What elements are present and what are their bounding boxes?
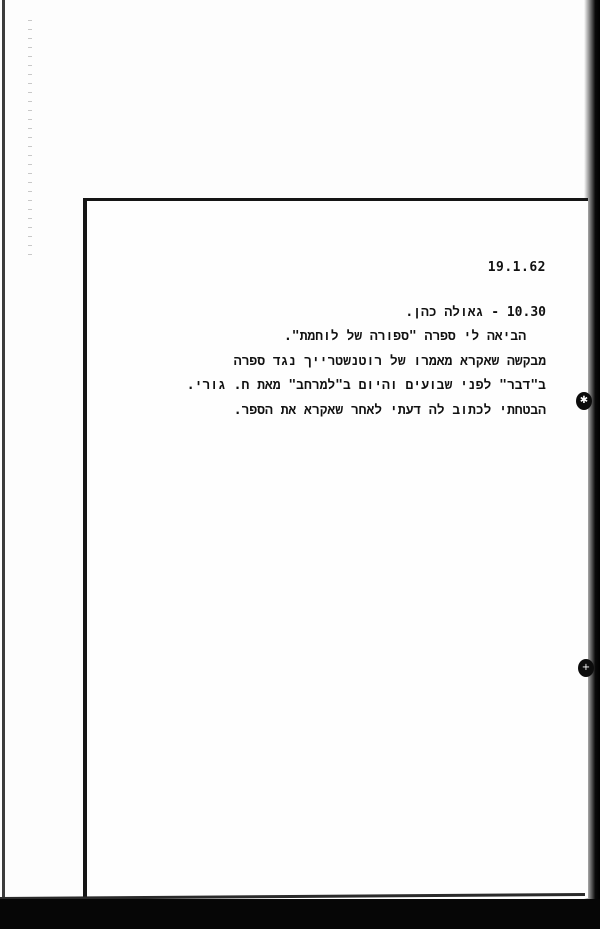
paper-sheet: 19.1.62 10.30 - גאולה כהן. הביאה לי ספרה… xyxy=(83,198,588,898)
entry-date: 19.1.62 xyxy=(116,256,546,281)
binder-hole-icon: ✱ xyxy=(576,392,592,410)
entry-line-2: מבקשה שאקרא מאמרו של רוטנשטרייך נגד ספרה xyxy=(116,350,546,375)
entry-line-3: ב"דבר" לפני שבועים והיום ב"למרחב" מאת ח.… xyxy=(116,374,546,399)
entry-heading: 10.30 - גאולה כהן. xyxy=(116,301,546,326)
entry-line-1: הביאה לי ספרה "ספורה של לוחמת". xyxy=(116,325,546,350)
binder-hole-icon: + xyxy=(578,659,594,677)
scanner-bottom-band xyxy=(0,899,600,929)
underlying-sheet-edge xyxy=(2,0,5,900)
scan-speckle xyxy=(28,20,32,260)
entry-line-4: הבטחתי לכתוב לה דעתי לאחר שאקרא את הספר. xyxy=(116,399,546,424)
diary-entry: 19.1.62 10.30 - גאולה כהן. הביאה לי ספרה… xyxy=(116,256,546,423)
scanned-page: 19.1.62 10.30 - גאולה כהן. הביאה לי ספרה… xyxy=(0,0,600,929)
